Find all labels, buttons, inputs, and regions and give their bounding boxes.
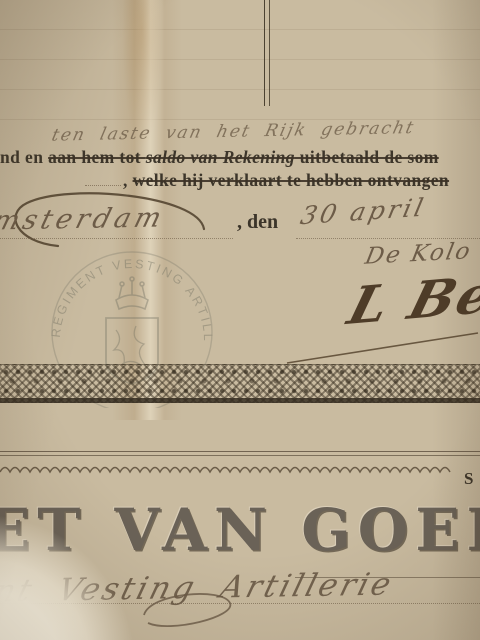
double-rule — [0, 451, 480, 456]
printed-den-label: , den — [237, 211, 278, 234]
handwritten-date: 30 april — [298, 193, 429, 230]
handwritten-place: msterdam — [0, 203, 169, 237]
decorative-border-band — [0, 364, 480, 403]
signature-underline-flourish — [285, 325, 480, 365]
struck-segment: uitbetaald de som — [295, 147, 439, 167]
dotted-baseline — [0, 603, 480, 604]
printed-text-prefix: nd en — [0, 147, 48, 167]
pen-oval-flourish — [130, 585, 240, 633]
printed-line-payment: nd en aan hem tot saldo van Rekening uit… — [0, 147, 439, 168]
document-photo: ten laste van het Rijk gebracht nd en aa… — [0, 0, 480, 640]
struck-italic-segment: saldo van Rekening — [146, 147, 295, 167]
paper-ruled-texture — [0, 0, 480, 130]
ornate-heading-fragment: ET VAN GOED GE — [0, 496, 480, 564]
wavy-rule — [0, 463, 456, 477]
stamp-crown-icon — [116, 277, 148, 309]
dotted-baseline — [0, 238, 233, 239]
struck-segment: aan hem tot — [48, 147, 146, 167]
handwritten-official-title: De Kolo — [363, 238, 474, 269]
struck-printed-text: aan hem tot saldo van Rekening uitbetaal… — [48, 147, 439, 167]
stamp-ring-text: REGIMENT VESTING ARTILLERIE — [44, 244, 215, 343]
top-vertical-rule — [264, 0, 270, 106]
section-marker: S — [464, 469, 473, 489]
